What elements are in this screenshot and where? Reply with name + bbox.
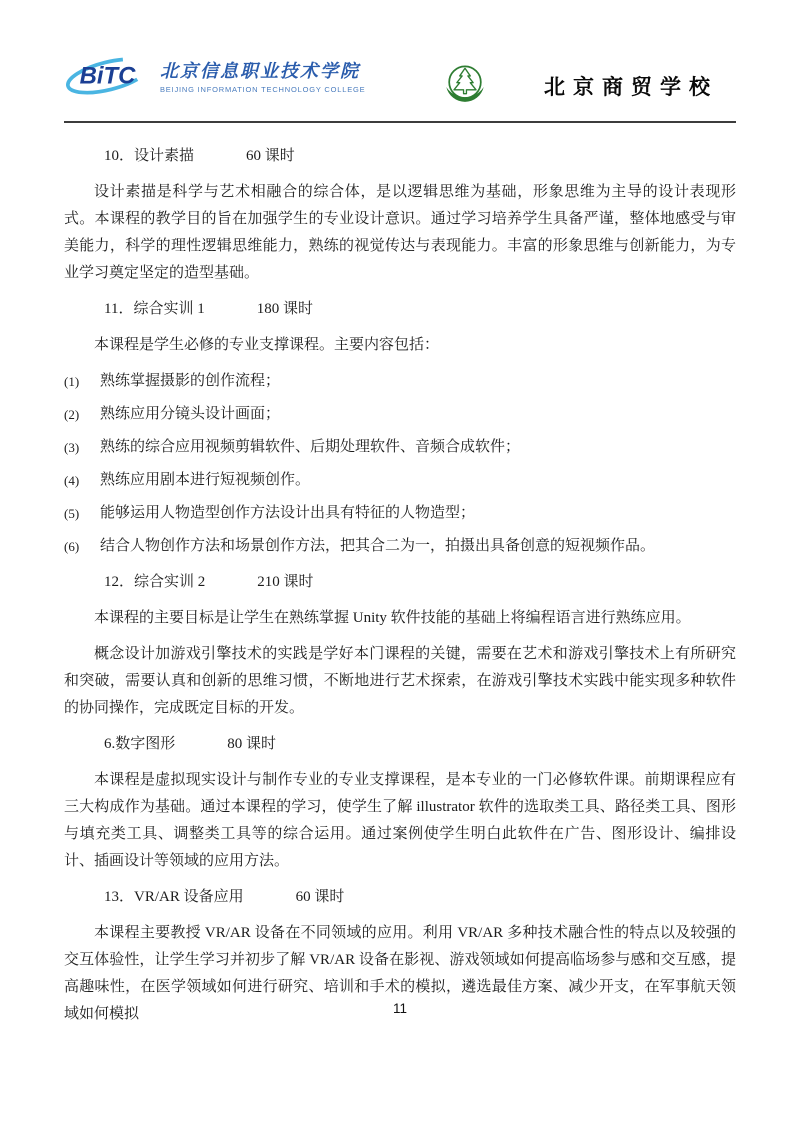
course-hours: 210 课时 [257, 569, 313, 596]
list-item-number: (1) [64, 368, 100, 395]
header-divider [64, 121, 736, 123]
bitc-swoosh-icon: BiTC [64, 52, 156, 98]
bitc-logo: BiTC 北京信息职业技术学院 BEIJING INFORMATION TECH… [64, 52, 365, 98]
list-item-number: (2) [64, 401, 100, 428]
list-item-number: (3) [64, 434, 100, 461]
course-heading: 11．综合实训 1 180 课时 [64, 296, 736, 323]
list-item: (4) 熟练应用剧本进行短视频创作。 [64, 467, 736, 494]
list-item: (2) 熟练应用分镜头设计画面； [64, 401, 736, 428]
bitc-names: 北京信息职业技术学院 BEIJING INFORMATION TECHNOLOG… [160, 62, 365, 95]
course-hours: 80 课时 [227, 731, 276, 758]
paragraph: 本课程的主要目标是让学生在熟练掌握 Unity 软件技能的基础上将编程语言进行熟… [64, 605, 736, 632]
course-hours: 60 课时 [296, 884, 345, 911]
school-name: 北京商贸学校 [544, 71, 718, 101]
list-item-text: 能够运用人物造型创作方法设计出具有特征的人物造型； [100, 500, 736, 527]
list-item-number: (4) [64, 467, 100, 494]
page-header: BiTC 北京信息职业技术学院 BEIJING INFORMATION TECH… [64, 52, 736, 110]
svg-text:BiTC: BiTC [80, 62, 137, 89]
list-item: (5) 能够运用人物造型创作方法设计出具有特征的人物造型； [64, 500, 736, 527]
paragraph: 本课程是学生必修的专业支撑课程。主要内容包括： [64, 332, 736, 359]
list-item: (6) 结合人物创作方法和场景创作方法，把其合二为一，拍摄出具备创意的短视频作品… [64, 533, 736, 560]
course-heading: 10．设计素描 60 课时 [64, 143, 736, 170]
document-body: 10．设计素描 60 课时 设计素描是科学与艺术相融合的综合体，是以逻辑思维为基… [64, 134, 736, 1037]
pine-tree-emblem-icon [442, 62, 488, 110]
list-item-text: 熟练应用分镜头设计画面； [100, 401, 736, 428]
document-page: BiTC 北京信息职业技术学院 BEIJING INFORMATION TECH… [0, 0, 800, 1131]
course-hours: 60 课时 [246, 143, 295, 170]
school-logo: 北京商贸学校 [442, 62, 736, 110]
list-item-number: (5) [64, 500, 100, 527]
list-item: (3) 熟练的综合应用视频剪辑软件、后期处理软件、音频合成软件； [64, 434, 736, 461]
list-item-text: 熟练掌握摄影的创作流程； [100, 368, 736, 395]
course-heading: 6.数字图形 80 课时 [64, 731, 736, 758]
course-heading: 12．综合实训 2 210 课时 [64, 569, 736, 596]
paragraph: 本课程是虚拟现实设计与制作专业的专业支撑课程，是本专业的一门必修软件课。前期课程… [64, 767, 736, 875]
list-item: (1) 熟练掌握摄影的创作流程； [64, 368, 736, 395]
page-number: 11 [393, 1001, 407, 1016]
list-item-text: 结合人物创作方法和场景创作方法，把其合二为一，拍摄出具备创意的短视频作品。 [100, 533, 736, 560]
list-item-number: (6) [64, 533, 100, 560]
course-title: 6.数字图形 [104, 731, 175, 758]
course-title: 12．综合实训 2 [104, 569, 205, 596]
paragraph: 设计素描是科学与艺术相融合的综合体，是以逻辑思维为基础，形象思维为主导的设计表现… [64, 179, 736, 287]
course-content-list: (1) 熟练掌握摄影的创作流程； (2) 熟练应用分镜头设计画面； (3) 熟练… [64, 368, 736, 560]
course-heading: 13．VR/AR 设备应用 60 课时 [64, 884, 736, 911]
list-item-text: 熟练应用剧本进行短视频创作。 [100, 467, 736, 494]
course-hours: 180 课时 [257, 296, 313, 323]
course-title: 10．设计素描 [104, 143, 194, 170]
course-title: 11．综合实训 1 [104, 296, 205, 323]
list-item-text: 熟练的综合应用视频剪辑软件、后期处理软件、音频合成软件； [100, 434, 736, 461]
paragraph: 概念设计加游戏引擎技术的实践是学好本门课程的关键，需要在艺术和游戏引擎技术上有所… [64, 641, 736, 722]
bitc-college-cn-name: 北京信息职业技术学院 [160, 62, 365, 82]
bitc-college-en-name: BEIJING INFORMATION TECHNOLOGY COLLEGE [160, 85, 365, 94]
page-footer: 11 [0, 1001, 800, 1016]
course-title: 13．VR/AR 设备应用 [104, 884, 244, 911]
